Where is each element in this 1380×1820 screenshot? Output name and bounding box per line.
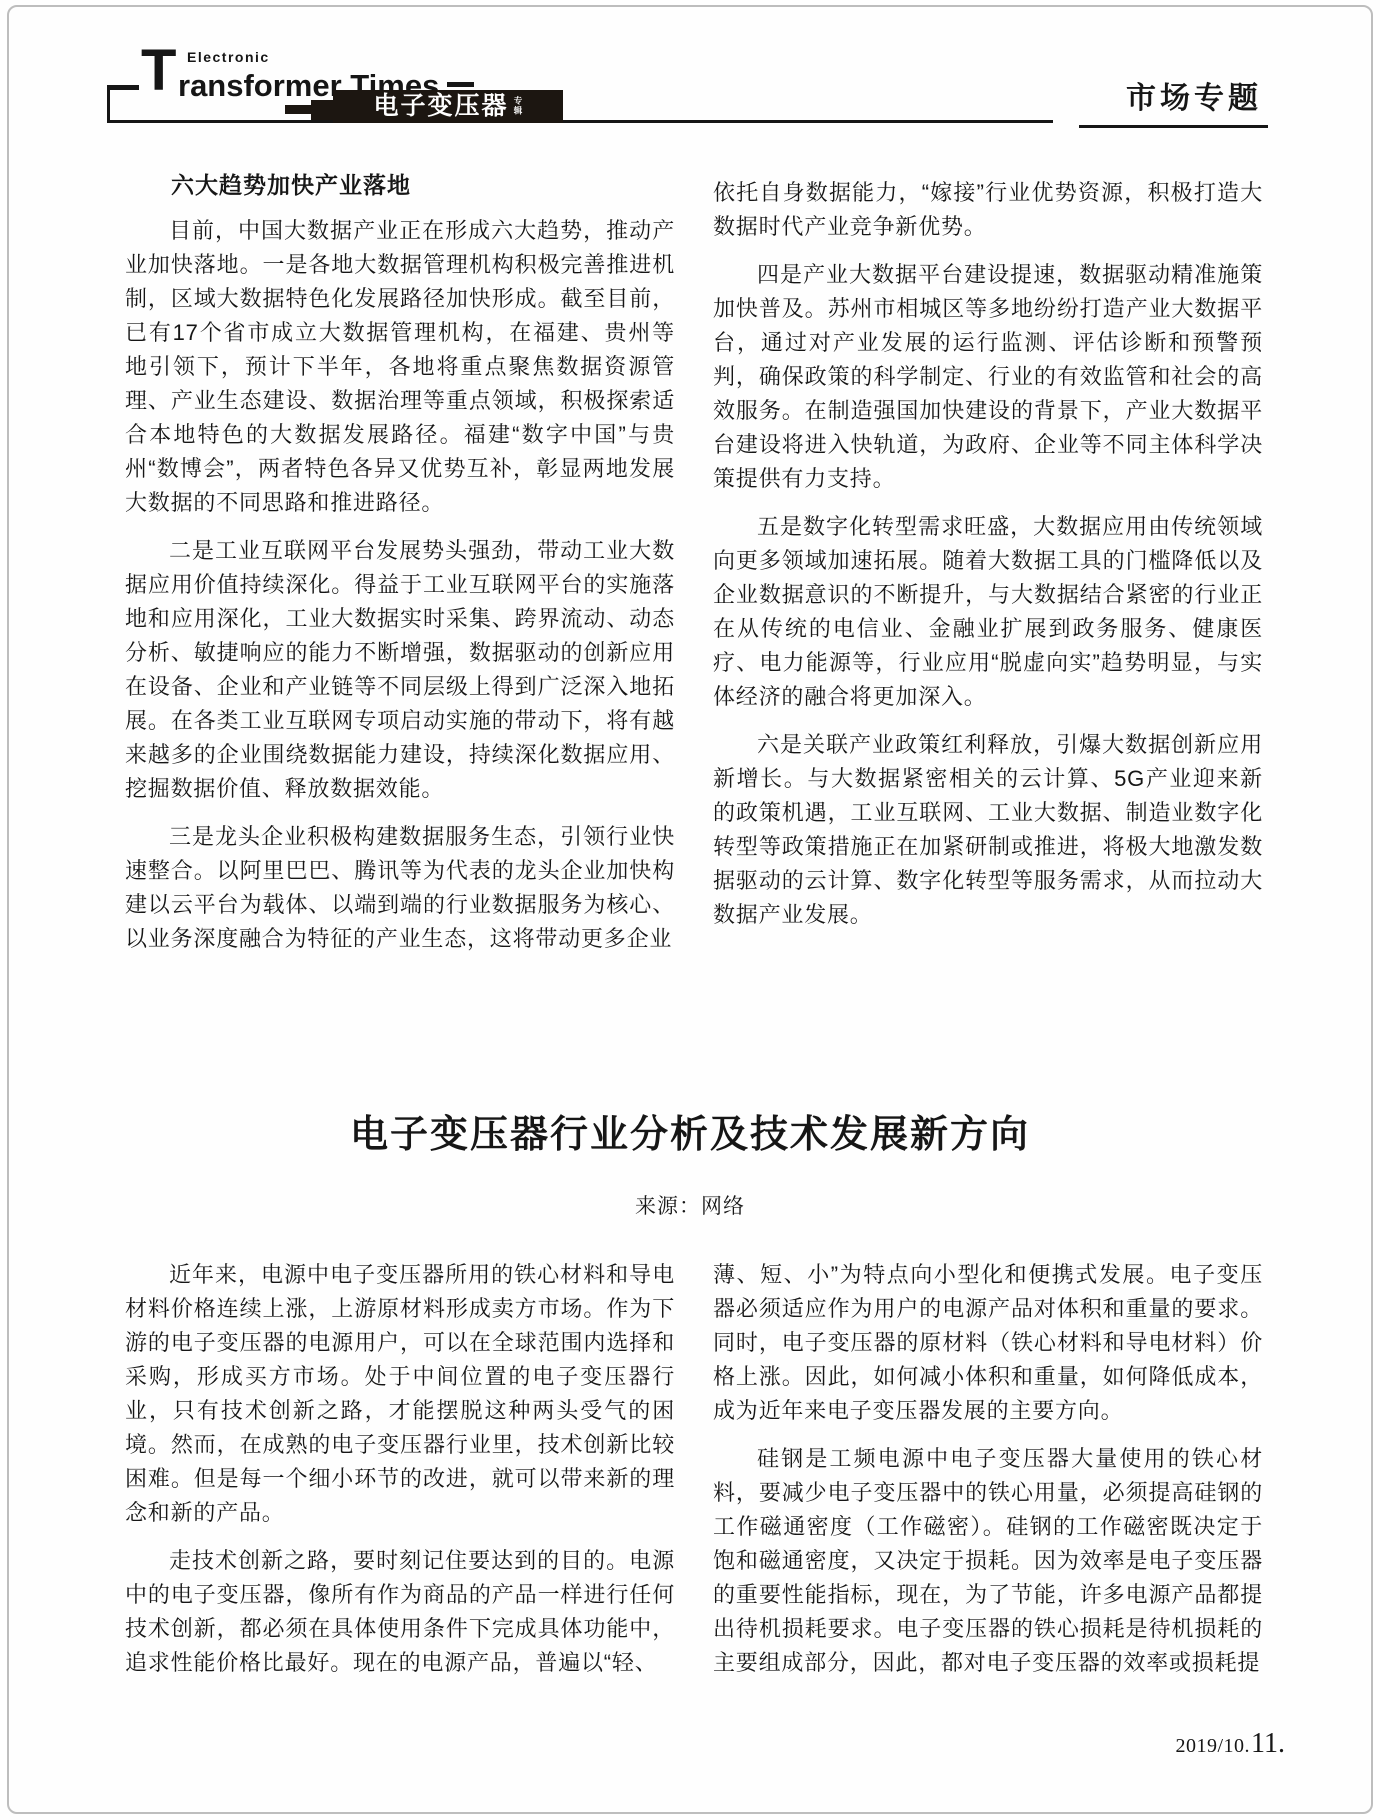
logo-electronic-text: Electronic	[187, 49, 270, 65]
paragraph: 硅钢是工频电源中电子变压器大量使用的铁心材料，要减少电子变压器中的铁心用量，必须…	[713, 1442, 1263, 1680]
article-1-left-paragraphs: 目前，中国大数据产业正在形成六大趋势，推动产业加快落地。一是各地大数据管理机构积…	[125, 214, 675, 956]
paragraph: 薄、短、小”为特点向小型化和便携式发展。电子变压器必须适应作为用户的电源产品对体…	[713, 1258, 1263, 1428]
paragraph: 目前，中国大数据产业正在形成六大趋势，推动产业加快落地。一是各地大数据管理机构积…	[125, 214, 675, 520]
logo-dash	[107, 85, 139, 90]
badge-label: 电子变压器	[373, 94, 508, 119]
logo-corner-line	[107, 87, 110, 122]
paragraph: 三是龙头企业积极构建数据服务生态，引领行业快速整合。以阿里巴巴、腾讯等为代表的龙…	[125, 820, 675, 956]
paragraph: 走技术创新之路，要时刻记住要达到的目的。电源中的电子变压器，像所有作为商品的产品…	[125, 1544, 675, 1680]
issue-date: 2019/10.	[1175, 1735, 1250, 1758]
article-2-body: 近年来，电源中电子变压器所用的铁心材料和导电材料价格连续上涨，上游原材料形成卖方…	[125, 1258, 1263, 1680]
masthead-rule-right	[1079, 125, 1268, 128]
badge-side-char-bottom: 辑	[513, 107, 522, 116]
paragraph: 近年来，电源中电子变压器所用的铁心材料和导电材料价格连续上涨，上游原材料形成卖方…	[125, 1258, 675, 1530]
logo-initial: T	[141, 42, 176, 100]
masthead-rule-left	[107, 120, 1053, 123]
badge-side-text: 专 辑	[513, 97, 523, 117]
article-2-title: 电子变压器行业分析及技术发展新方向	[120, 1112, 1260, 1158]
paragraph: 五是数字化转型需求旺盛，大数据应用由传统领域向更多领域加速拓展。随着大数据工具的…	[713, 510, 1263, 714]
paragraph: 依托自身数据能力，“嫁接”行业优势资源，积极打造大数据时代产业竞争新优势。	[713, 176, 1263, 244]
article-2-right-paragraphs: 薄、短、小”为特点向小型化和便携式发展。电子变压器必须适应作为用户的电源产品对体…	[713, 1258, 1263, 1680]
page-footer: 2019/10. 11.	[1175, 1728, 1285, 1760]
journal-badge: 电子变压器 专 辑	[333, 90, 563, 123]
article-2-header: 电子变压器行业分析及技术发展新方向 来源：网络	[120, 1112, 1260, 1220]
article-2-right-column: 薄、短、小”为特点向小型化和便携式发展。电子变压器必须适应作为用户的电源产品对体…	[713, 1258, 1263, 1680]
article-1-heading: 六大趋势加快产业落地	[125, 168, 675, 202]
logo-trailing-dash	[447, 82, 474, 87]
article-1-left-column: 六大趋势加快产业落地 目前，中国大数据产业正在形成六大趋势，推动产业加快落地。一…	[125, 168, 675, 956]
article-2-left-paragraphs: 近年来，电源中电子变压器所用的铁心材料和导电材料价格连续上涨，上游原材料形成卖方…	[125, 1258, 675, 1680]
paragraph: 二是工业互联网平台发展势头强劲，带动工业大数据应用价值持续深化。得益于工业互联网…	[125, 534, 675, 806]
article-2-source: 来源：网络	[120, 1190, 1260, 1220]
magazine-page: T Electronic ransformer Times 电子变压器 专 辑 …	[0, 0, 1380, 1820]
masthead: T Electronic ransformer Times 电子变压器 专 辑 …	[105, 44, 1268, 134]
article-1-body: 六大趋势加快产业落地 目前，中国大数据产业正在形成六大趋势，推动产业加快落地。一…	[125, 168, 1263, 956]
paragraph: 六是关联产业政策红利释放，引爆大数据创新应用新增长。与大数据紧密相关的云计算、5…	[713, 728, 1263, 932]
page-number: 11.	[1251, 1728, 1285, 1760]
article-1-right-column: 依托自身数据能力，“嫁接”行业优势资源，积极打造大数据时代产业竞争新优势。四是产…	[713, 168, 1263, 956]
article-1-right-paragraphs: 依托自身数据能力，“嫁接”行业优势资源，积极打造大数据时代产业竞争新优势。四是产…	[713, 176, 1263, 932]
badge-side-char-top: 专	[513, 97, 522, 106]
section-label: 市场专题	[1126, 73, 1262, 117]
paragraph: 四是产业大数据平台建设提速，数据驱动精准施策加快普及。苏州市相城区等多地纷纷打造…	[713, 258, 1263, 496]
article-2-left-column: 近年来，电源中电子变压器所用的铁心材料和导电材料价格连续上涨，上游原材料形成卖方…	[125, 1258, 675, 1680]
